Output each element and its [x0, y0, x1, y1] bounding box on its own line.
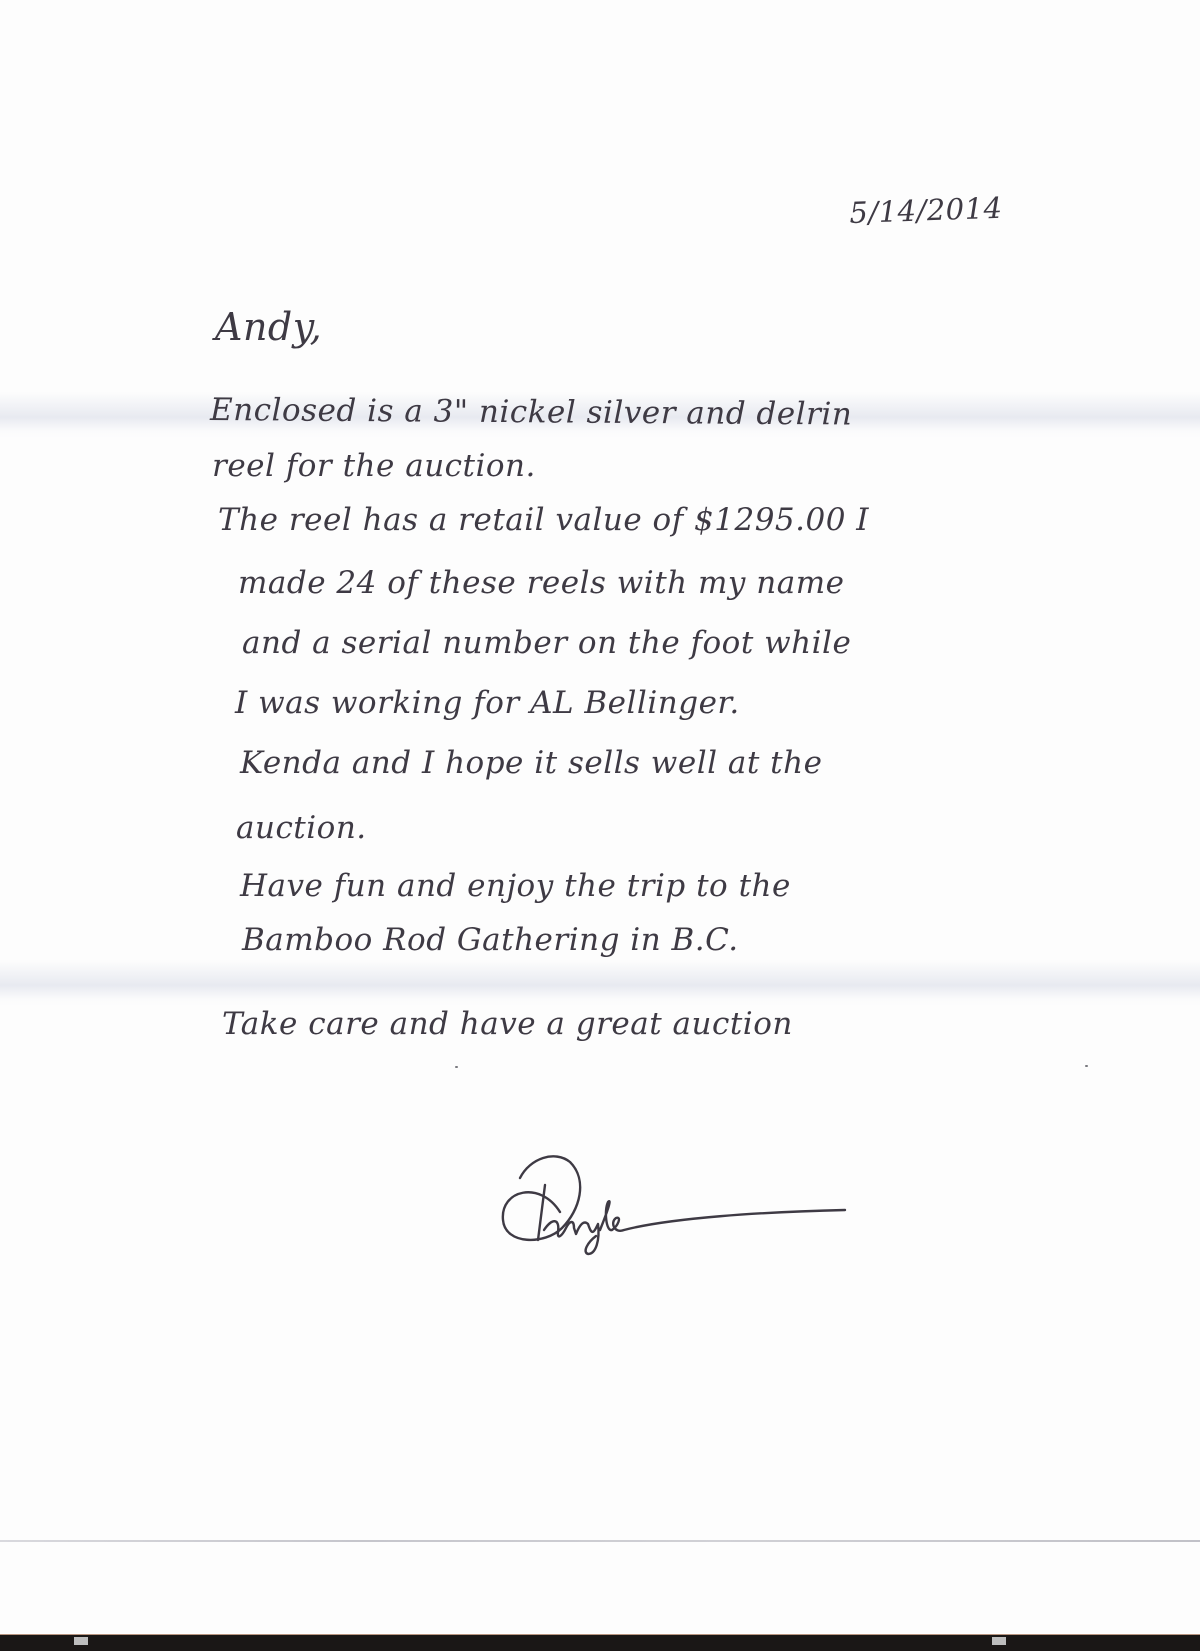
scanner-tab — [992, 1637, 1006, 1645]
letter-date: 5/14/2014 — [849, 191, 1003, 230]
scanner-tab — [74, 1637, 88, 1645]
letter-line: Enclosed is a 3" nickel silver and delri… — [210, 392, 852, 432]
letter-closing-line: Take care and have a great auction — [222, 1006, 793, 1042]
letter-salutation: Andy, — [215, 305, 322, 349]
letter-line: made 24 of these reels with my name — [238, 565, 844, 601]
paper-speck — [455, 1066, 458, 1068]
letter-line: I was working for AL Bellinger. — [235, 685, 740, 721]
signature: Daryle — [500, 1150, 850, 1260]
letter-line: reel for the auction. — [212, 448, 536, 484]
scanner-edge-strip — [0, 1634, 1200, 1651]
letter-line: Kenda and I hope it sells well at the — [240, 745, 822, 781]
letter-line: and a serial number on the foot while — [242, 625, 851, 661]
paper-crease-line — [0, 1540, 1200, 1542]
letter-line: auction. — [236, 810, 367, 846]
letter-line: Have fun and enjoy the trip to the — [240, 868, 791, 904]
paper-speck — [1085, 1065, 1088, 1067]
letter-line: Bamboo Rod Gathering in B.C. — [242, 922, 739, 958]
letter-page: 5/14/2014 Andy, Enclosed is a 3" nickel … — [0, 0, 1200, 1633]
paper-fold-shadow — [0, 960, 1200, 1006]
letter-line: The reel has a retail value of $1295.00 … — [218, 502, 869, 538]
